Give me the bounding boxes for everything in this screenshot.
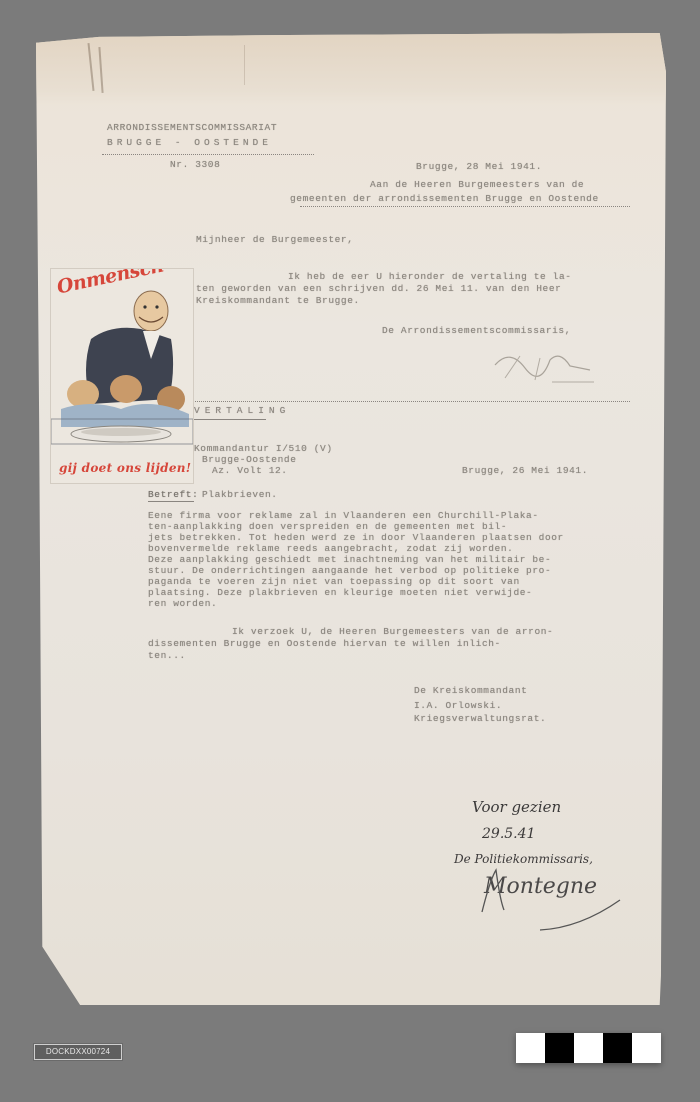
archive-reference-label: DOCKDXX00724 [34,1044,122,1060]
intro-line-1: Ik heb de eer U hieronder de vertaling t… [288,272,572,283]
addressee-separator [300,206,630,207]
addressee-line-1: Aan de Heeren Burgemeesters van de [370,180,584,191]
handwritten-date: 29.5.41 [482,826,535,842]
body-line-3: jets betrekken. Tot heden werd ze in doo… [148,533,564,544]
header-office-district: BRUGGE - OOSTENDE [107,138,272,149]
scale-segment-white [516,1033,545,1063]
body-line-8: plaatsing. Deze plakbrieven en kleurige … [148,588,532,599]
body-line-9: ren worden. [148,599,217,610]
paper-yellowed-top [36,33,666,105]
letter-date: Brugge, 28 Mei 1941. [416,162,542,173]
sender-line-2: Brugge-Oostende [202,455,297,466]
poster-illustration [51,269,193,483]
signature-title: De Kreiskommandant [414,686,527,697]
poster-subtitle: gij doet ons lijden! [59,461,191,475]
translation-heading: VERTALING [194,406,290,417]
translation-heading-underline [194,419,266,420]
subject-label: Betreft: [148,490,198,501]
sender-line-3: Az. Volt 12. [212,466,288,477]
intro-line-3: Kreiskommandant te Brugge. [196,296,360,307]
request-line-1: Ik verzoek U, de Heeren Burgemeesters va… [232,627,553,638]
header-separator [102,154,314,155]
intro-closing: De Arrondissementscommissaris, [382,326,571,337]
scale-bar [516,1033,661,1063]
sender-date: Brugge, 26 Mei 1941. [462,466,588,477]
body-line-6: stuur. De onderrichtingen aangaande het … [148,566,551,577]
scale-segment-white [574,1033,603,1063]
sender-line-1: Kommandantur I/510 (V) [194,444,333,455]
salutation: Mijnheer de Burgemeester, [196,235,354,246]
subject-value: Plakbrieven. [202,490,278,501]
body-line-4: bovenvermelde reklame reeds aangebracht,… [148,544,513,555]
header-reference-number: Nr. 3308 [170,160,220,171]
request-line-2: dissementen Brugge en Oostende hiervan t… [148,639,501,650]
signature-flourish [470,860,630,940]
handwritten-seen: Voor gezien [472,798,561,816]
addressee-line-2: gemeenten der arrondissementen Brugge en… [290,194,599,205]
header-office-name: ARRONDISSEMENTSCOMMISSARIAT [107,123,277,134]
scale-segment-black [545,1033,574,1063]
body-line-2: ten-aanplakking doen verspreiden en de g… [148,522,507,533]
section-separator [192,401,630,402]
paper-crease [244,45,245,85]
subject-underline [148,501,194,502]
intro-line-2: ten geworden van een schrijven dd. 26 Me… [196,284,561,295]
request-line-3: ten... [148,651,186,662]
signature-rank: Kriegsverwaltungsrat. [414,714,546,725]
body-line-1: Eene firma voor reklame zal in Vlaandere… [148,511,539,522]
faint-signature [490,340,600,390]
signature-name: I.A. Orlowski. [414,701,502,712]
body-line-7: paganda te voeren zijn niet van toepassi… [148,577,520,588]
scale-segment-white [632,1033,661,1063]
propaganda-poster: Onmensch gij doet ons lijden! [50,268,194,484]
body-line-5: Deze aanplakking geschiedt met inachtnem… [148,555,551,566]
scale-segment-black [603,1033,632,1063]
